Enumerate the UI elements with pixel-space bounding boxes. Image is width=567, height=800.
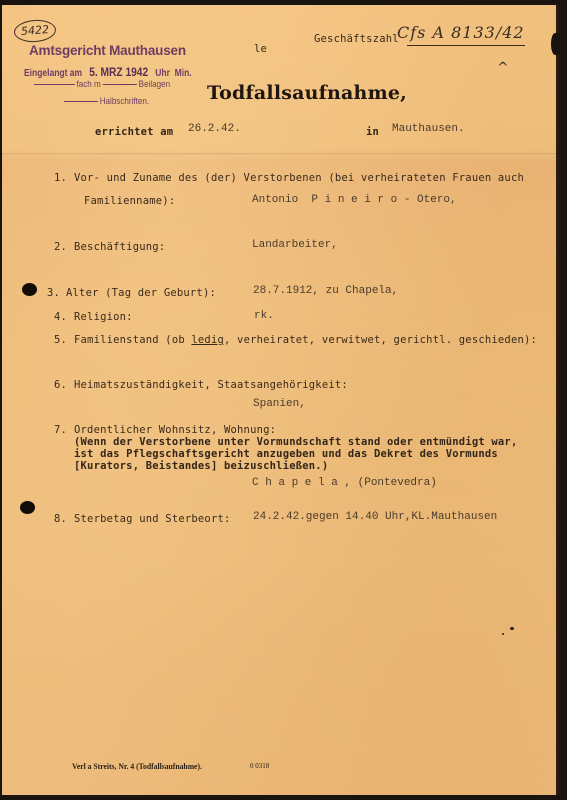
stamp-copies-line: fach m Beilagen (34, 79, 170, 90)
field-2-value: Landarbeiter, (252, 239, 338, 251)
ink-speck (502, 633, 504, 635)
field-3-label: Alter (Tag der Geburt): (66, 287, 216, 299)
stamp-received-date: 5. MRZ 1942 (89, 65, 148, 79)
field-7-note-line1: (Wenn der Verstorbene unter Vormundschaf… (74, 436, 517, 448)
document-title: Todfallsaufnahme, (207, 82, 407, 104)
form-code: 0 0318 (250, 762, 269, 770)
established-in-label: in (366, 126, 379, 138)
field-6-number: 6. (54, 379, 67, 391)
field-6-value: Spanien, (253, 398, 306, 410)
established-on-label: errichtet am (95, 126, 173, 138)
ink-speck (510, 627, 514, 630)
stamp-received-label: Eingelangt am (24, 68, 82, 79)
stamp-halfsheets-line: Halbschriften. (64, 96, 149, 107)
field-5-number: 5. (54, 334, 67, 346)
field-1-number: 1. (54, 172, 67, 184)
field-7-note-line2: ist das Pflegschaftsgericht anzugeben un… (74, 448, 498, 460)
paper-fold (2, 153, 556, 156)
publisher-footer: Verl a Streits, Nr. 4 (Todfallsaufnahme)… (72, 761, 202, 771)
established-place: Mauthausen. (392, 123, 465, 135)
court-stamp-name: Amtsgericht Mauthausen (29, 43, 186, 58)
reference-underline (407, 45, 525, 46)
punch-hole (22, 283, 37, 296)
stamp-minutes-label: Min. (175, 68, 192, 79)
reference-label: Geschäftszahl (314, 33, 399, 45)
field-7-number: 7. (54, 424, 67, 436)
paper-notch (551, 33, 559, 55)
field-7-value: C h a p e l a , (Pontevedra) (252, 477, 437, 489)
marital-status-selected: ledig (191, 334, 224, 346)
handwritten-mark: ^ (497, 60, 509, 76)
field-1-label: Vor- und Zuname des (der) Verstorbenen (… (74, 172, 524, 184)
field-3-value: 28.7.1912, zu Chapela, (253, 285, 398, 297)
stamp-halfsheets-label: Halbschriften. (100, 96, 149, 107)
field-8-value: 24.2.42.gegen 14.40 Uhr,KL.Mauthausen (253, 511, 497, 523)
stamp-received-line: Eingelangt am 5. MRZ 1942 Uhr Min. (24, 65, 192, 79)
stamp-time-label: Uhr (155, 68, 170, 79)
field-4-value: rk. (254, 310, 274, 322)
field-7-note-line3: [Kurators, Beistandes] beizuschließen.) (74, 460, 328, 472)
punch-hole (20, 501, 35, 514)
field-1-value: Antonio P i n e i r o - Otero, (252, 194, 457, 206)
document-page: 5422 Amtsgericht Mauthausen Eingelangt a… (2, 5, 559, 795)
field-8-label: Sterbetag und Sterbeort: (74, 513, 231, 525)
field-5-label: Familienstand (ob ledig, verheiratet, ve… (74, 334, 537, 346)
field-1-label-line2: Familienname): (84, 195, 175, 207)
field-2-number: 2. (54, 241, 67, 253)
stamp-attachments-label: Beilagen (139, 79, 170, 90)
stamp-copies-label: fach m (77, 79, 101, 90)
field-4-label: Religion: (74, 311, 133, 323)
field-2-label: Beschäftigung: (74, 241, 165, 253)
reference-value: Cfs A 8133/42 (397, 23, 525, 42)
archive-number: 5422 (13, 19, 56, 44)
field-3-number: 3. (47, 287, 60, 299)
field-8-number: 8. (54, 513, 67, 525)
field-4-number: 4. (54, 311, 67, 323)
field-6-label: Heimatszuständigkeit, Staatsangehörigkei… (74, 379, 348, 391)
field-7-label: Ordentlicher Wohnsitz, Wohnung: (74, 424, 276, 436)
established-date: 26.2.42. (188, 123, 241, 135)
le-mark: le (254, 43, 267, 55)
